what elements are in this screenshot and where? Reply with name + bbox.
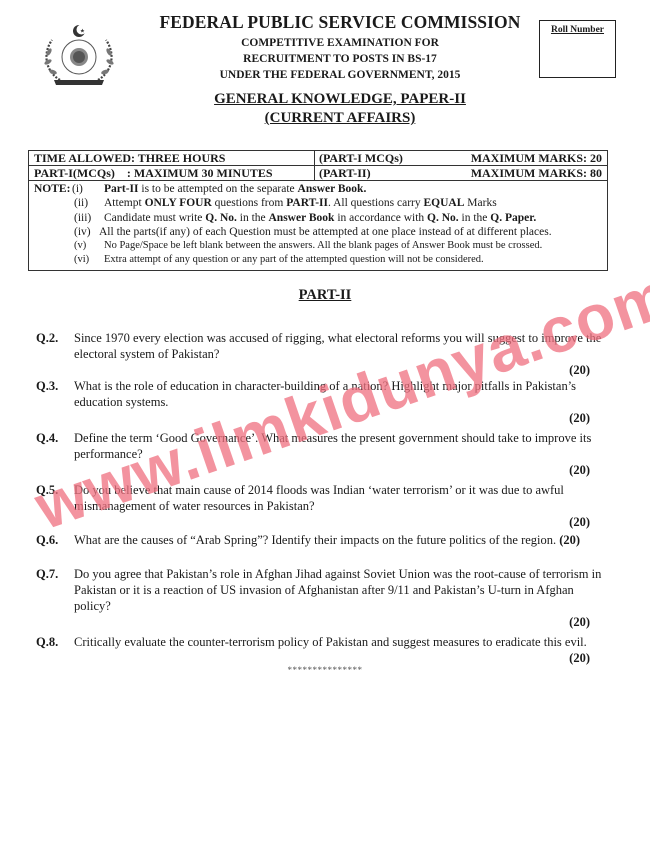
note-item: (iv)All the parts(if any) of each Questi… (29, 225, 607, 239)
question-text: Critically evaluate the counter-terroris… (74, 634, 610, 666)
note-text: Extra attempt of any question or any par… (104, 253, 484, 267)
info-row-part1: PART-I(MCQs) : MAXIMUM 30 MINUTES (PART-… (29, 166, 607, 181)
question-item: Q.6.What are the causes of “Arab Spring”… (36, 532, 610, 548)
note-number: (iv) (74, 225, 99, 239)
exam-subtitle-line-2: RECRUITMENT TO POSTS IN BS-17 (150, 53, 530, 65)
note-label (29, 211, 74, 225)
note-item: (v)No Page/Space be left blank between t… (29, 239, 607, 253)
question-number: Q.2. (36, 330, 58, 346)
question-number: Q.7. (36, 566, 58, 582)
exam-info-table: TIME ALLOWED: THREE HOURS (PART-I MCQs) … (28, 150, 608, 271)
note-item: NOTE:(i)Part-II is to be attempted on th… (29, 182, 607, 196)
part1-time: PART-I(MCQs) : MAXIMUM 30 MINUTES (29, 166, 315, 180)
question-marks: (20) (74, 650, 610, 666)
question-marks: (20) (559, 533, 580, 547)
exam-subtitle-line-3: UNDER THE FEDERAL GOVERNMENT, 2015 (150, 69, 530, 81)
note-number: (iii) (74, 211, 104, 225)
question-number: Q.4. (36, 430, 58, 446)
note-item: (ii)Attempt ONLY FOUR questions from PAR… (29, 196, 607, 210)
question-item: Q.8.Critically evaluate the counter-terr… (36, 634, 610, 666)
question-marks: (20) (74, 514, 610, 530)
part1-marks: MAXIMUM MARKS: 20 (471, 151, 602, 165)
note-text: Part-II is to be attempted on the separa… (104, 182, 366, 196)
note-label (29, 253, 74, 267)
roll-number-label: Roll Number (540, 25, 615, 35)
end-marker: *************** (0, 665, 650, 675)
note-label (29, 239, 74, 253)
question-text: What are the causes of “Arab Spring”? Id… (74, 532, 610, 548)
organization-title: FEDERAL PUBLIC SERVICE COMMISSION (150, 12, 530, 33)
note-number: (vi) (74, 253, 104, 267)
fpsc-emblem-icon (38, 22, 120, 90)
note-number: (i) (72, 182, 104, 196)
note-number: (v) (74, 239, 104, 253)
notes-list: NOTE:(i)Part-II is to be attempted on th… (29, 181, 607, 270)
note-text: Attempt ONLY FOUR questions from PART-II… (104, 196, 497, 210)
part2-marks: MAXIMUM MARKS: 80 (471, 166, 602, 180)
paper-title: GENERAL KNOWLEDGE, PAPER-II (150, 91, 530, 108)
question-marks: (20) (74, 614, 610, 630)
question-number: Q.3. (36, 378, 58, 394)
part2-marks-cell: (PART-II) MAXIMUM MARKS: 80 (315, 166, 607, 180)
note-text: All the parts(if any) of each Question m… (99, 225, 552, 239)
note-label (29, 225, 74, 239)
part2-label: (PART-II) (319, 166, 371, 180)
exam-subtitle-line-1: COMPETITIVE EXAMINATION FOR (150, 37, 530, 49)
paper-subtitle: (CURRENT AFFAIRS) (150, 110, 530, 127)
info-row-time: TIME ALLOWED: THREE HOURS (PART-I MCQs) … (29, 151, 607, 166)
note-number: (ii) (74, 196, 104, 210)
note-label: NOTE: (29, 182, 72, 196)
note-item: (vi)Extra attempt of any question or any… (29, 253, 607, 267)
note-text: Candidate must write Q. No. in the Answe… (104, 211, 536, 225)
note-label (29, 196, 74, 210)
question-text: Do you agree that Pakistan’s role in Afg… (74, 566, 610, 630)
question-number: Q.8. (36, 634, 58, 650)
roll-number-box[interactable]: Roll Number (539, 20, 616, 78)
time-allowed: TIME ALLOWED: THREE HOURS (29, 151, 315, 165)
note-item: (iii)Candidate must write Q. No. in the … (29, 211, 607, 225)
part1-label: (PART-I MCQs) (319, 151, 403, 165)
question-item: Q.7.Do you agree that Pakistan’s role in… (36, 566, 610, 630)
note-text: No Page/Space be left blank between the … (104, 239, 542, 253)
part1-marks-cell: (PART-I MCQs) MAXIMUM MARKS: 20 (315, 151, 607, 165)
